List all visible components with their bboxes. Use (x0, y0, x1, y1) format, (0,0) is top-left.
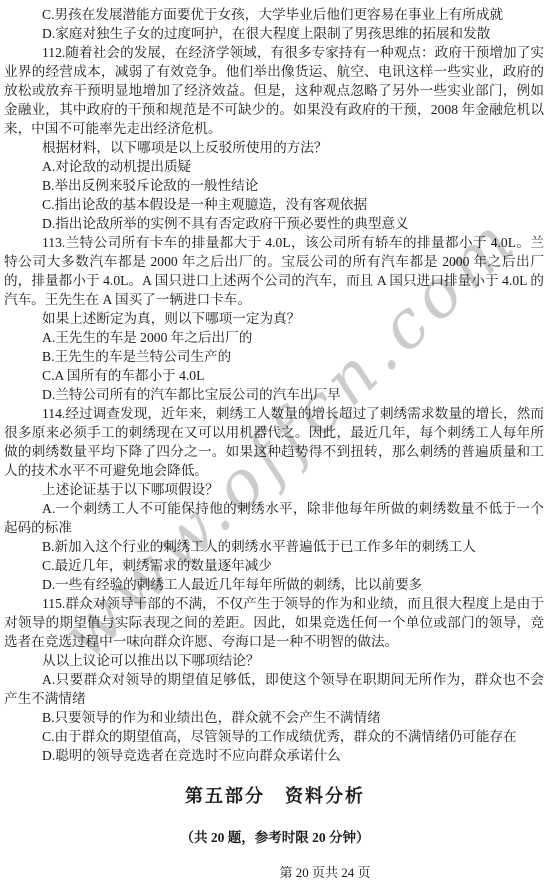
question-paragraph: 上述论证基于以下哪项假设？ (4, 480, 544, 499)
question-paragraph: C.最近几年，刺绣需求的数量逐年减少 (4, 556, 544, 575)
question-paragraph: C.指出论敌的基本假设是一种主观臆造，没有客观依据 (4, 195, 544, 214)
question-paragraph: C.男孩在发展潜能方面要优于女孩，大学毕业后他们更容易在事业上有所成就 (4, 5, 544, 24)
exam-document-page: www.offcn.com C.男孩在发展潜能方面要优于女孩，大学毕业后他们更容… (0, 0, 550, 891)
question-paragraph: D.家庭对独生子女的过度呵护，在很大程度上限制了男孩思维的拓展和发散 (4, 24, 544, 43)
question-paragraph: B.新加入这个行业的刺绣工人的刺绣水平普遍低于已工作多年的刺绣工人 (4, 537, 544, 556)
section-subtitle: （共 20 题，参考时限 20 分钟） (0, 826, 550, 846)
question-paragraph: D.一些有经验的刺绣工人最近几年每年所做的刺绣，比以前要多 (4, 575, 544, 594)
question-paragraph: 113.兰特公司所有卡车的排量都大于 4.0L，该公司所有轿车的排量都小于 4.… (4, 233, 544, 309)
page-number-indicator: 第 20 页共 24 页 (0, 862, 550, 881)
question-paragraph: C.由于群众的期望值高，尽管领导的工作成绩优秀，群众的不满情绪仍可能存在 (4, 727, 544, 746)
question-paragraph: B.王先生的车是兰特公司生产的 (4, 347, 544, 366)
question-paragraph: D.兰特公司所有的汽车都比宝辰公司的汽车出厂早 (4, 385, 544, 404)
question-paragraph: A.只要群众对领导的期望值足够低，即使这个领导在职期间无所作为，群众也不会产生不… (4, 670, 544, 708)
question-paragraph: 114.经过调查发现，近年来，刺绣工人数量的增长超过了刺绣需求数量的增长，然而很… (4, 404, 544, 480)
question-paragraph: A.对论敌的动机提出质疑 (4, 157, 544, 176)
question-paragraph: A.一个刺绣工人不可能保持他的刺绣水平，除非他每年所做的刺绣数量不低于一个起码的… (4, 499, 544, 537)
question-paragraph: D.指出论敌所举的实例不具有否定政府干预必要性的典型意义 (4, 214, 544, 233)
question-paragraph: 从以上议论可以推出以下哪项结论？ (4, 651, 544, 670)
question-text-block: C.男孩在发展潜能方面要优于女孩，大学毕业后他们更容易在事业上有所成就D.家庭对… (4, 5, 544, 765)
question-paragraph: 115.群众对领导干部的不满，不仅产生于领导的作为和业绩，而且很大程度上是由于对… (4, 594, 544, 651)
question-paragraph: 根据材料，以下哪项是以上反驳所使用的方法？ (4, 138, 544, 157)
section-title: 第五部分 资料分析 (0, 782, 550, 808)
question-paragraph: D.聪明的领导竞选者在竞选时不应向群众承诺什么 (4, 746, 544, 765)
question-paragraph: 112.随着社会的发展，在经济学领域，有很多专家持有一种观点：政府干预增加了实业… (4, 43, 544, 138)
question-paragraph: A.王先生的车是 2000 年之后出厂的 (4, 328, 544, 347)
question-paragraph: C.A 国所有的车都小于 4.0L (4, 366, 544, 385)
question-paragraph: B.举出反例来驳斥论敌的一般性结论 (4, 176, 544, 195)
question-paragraph: B.只要领导的作为和业绩出色，群众就不会产生不满情绪 (4, 708, 544, 727)
question-paragraph: 如果上述断定为真，则以下哪项一定为真？ (4, 309, 544, 328)
